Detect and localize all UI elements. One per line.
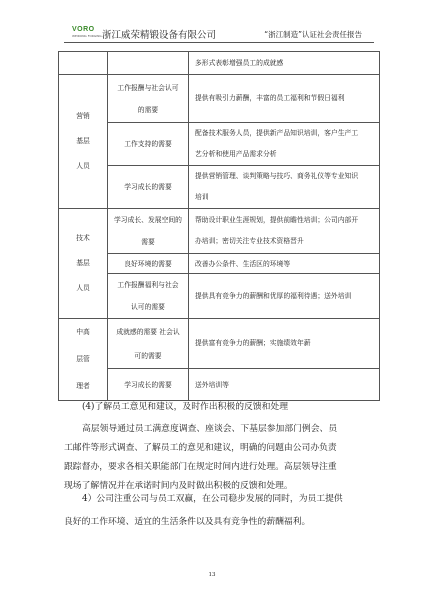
paragraph-feedback: 高层领导通过员工满意度调查、座谈会、下基层参加部门例会、员 工邮件等形式调查、了…: [64, 420, 384, 496]
measure-cell: 改善办公条件、生活区的环境等: [189, 254, 380, 274]
logo-brand: VORO: [72, 26, 95, 33]
need-cell: 工作报酬与社会认可 的需要: [108, 75, 189, 123]
need-cell: [108, 52, 189, 75]
table-row: 中高 层管 理者 成就感的需要 社会认 可的需要 提供富有竞争力的薪酬；实施绩效…: [59, 319, 380, 369]
measure-text: 帮助设计职业生涯规划，提供前瞻性培训；公司内部开: [195, 210, 379, 231]
header-divider: [64, 42, 374, 43]
measure-cell: 多形式表彰增强员工的成就感: [189, 52, 380, 75]
group-label: 基层: [59, 129, 107, 154]
paragraph-line: 工邮件等形式调查、了解员工的意见和建议，明确的问题由公司办负责: [64, 439, 384, 458]
need-text: 工作报酬福利与社会: [108, 274, 188, 296]
group-label: 营销: [59, 104, 107, 129]
table-row: 技术 基层 人员 学习成长、发展空间的 需要 帮助设计职业生涯规划，提供前瞻性培…: [59, 209, 380, 254]
need-text: 成就感的需要 社会认: [108, 320, 188, 344]
group-label: 基层: [59, 251, 107, 276]
measure-text: 培训: [195, 187, 379, 208]
group-cell: [59, 52, 108, 75]
measure-cell: 提供有吸引力薪酬，丰富的员工福利和节假日福利: [189, 75, 380, 123]
paragraph-line: 高层领导通过员工满意度调查、座谈会、下基层参加部门例会、员: [64, 420, 384, 439]
group-label: 理者: [59, 373, 107, 400]
group-label: 中高: [59, 319, 107, 346]
table-row: 良好环境的需要 改善办公条件、生活区的环境等: [59, 254, 380, 274]
measure-cell: 配备技术服务人员，提供新产品知识培训，客户生产工 艺分析和使用产品需求分析: [189, 123, 380, 166]
group-cell-marketing: 营销 基层 人员: [59, 75, 108, 209]
need-text: 的需要: [108, 99, 188, 121]
group-label: 人员: [59, 276, 107, 301]
need-text: 认可的需要: [108, 296, 188, 318]
measure-text: 提供营销管理、谈判策略与技巧、商务礼仪等专业知识: [195, 166, 379, 187]
need-cell: 工作支持的需要: [108, 123, 189, 166]
company-logo: VORO WEIRONG FORGING: [72, 26, 98, 40]
section-heading: (4)了解员工意见和建议，及时作出积极的反馈和处理: [82, 398, 288, 417]
measure-cell: 提供富有竞争力的薪酬；实施绩效年薪: [189, 319, 380, 369]
need-text: 学习成长、发展空间的: [108, 209, 188, 231]
need-cell: 成就感的需要 社会认 可的需要: [108, 319, 189, 369]
paragraph-line: 4）公司注重公司与员工双赢，在公司稳步发展的同时，为员工提供: [64, 488, 394, 511]
page-number: 13: [0, 572, 424, 578]
need-cell: 良好环境的需要: [108, 254, 189, 274]
group-cell-technical: 技术 基层 人员: [59, 209, 108, 319]
logo-subtitle: WEIRONG FORGING: [72, 34, 102, 38]
measure-text: 艺分析和使用产品需求分析: [195, 144, 379, 165]
company-name: 浙江威荣精锻设备有限公司: [102, 27, 216, 41]
need-text: 需要: [108, 231, 188, 253]
table-row: 学习成长的需要 送外培训等: [59, 369, 380, 401]
report-title: “浙江制造”认证社会责任报告: [264, 29, 362, 40]
table-row: 营销 基层 人员 工作报酬与社会认可 的需要 提供有吸引力薪酬，丰富的员工福利和…: [59, 75, 380, 123]
group-cell-management: 中高 层管 理者: [59, 319, 108, 401]
need-text: 可的需要: [108, 344, 188, 368]
need-text: 工作报酬与社会认可: [108, 77, 188, 99]
measure-cell: 帮助设计职业生涯规划，提供前瞻性培训；公司内部开 办培训；密切关注专业技术资格晋…: [189, 209, 380, 254]
table-row: 工作报酬福利与社会 认可的需要 提供具有竞争力的薪酬和优厚的福利待遇；送外培训: [59, 274, 380, 319]
measure-text: 配备技术服务人员，提供新产品知识培训，客户生产工: [195, 123, 379, 144]
measure-cell: 送外培训等: [189, 369, 380, 401]
table-row: 多形式表彰增强员工的成就感: [59, 52, 380, 75]
need-cell: 学习成长的需要: [108, 166, 189, 209]
need-cell: 学习成长、发展空间的 需要: [108, 209, 189, 254]
measure-text: 办培训；密切关注专业技术资格晋升: [195, 231, 379, 252]
paragraph-line: 良好的工作环境、适宜的生活条件以及具有竞争性的薪酬福利。: [64, 511, 394, 534]
measure-cell: 提供营销管理、谈判策略与技巧、商务礼仪等专业知识 培训: [189, 166, 380, 209]
table-row: 工作支持的需要 配备技术服务人员，提供新产品知识培训，客户生产工 艺分析和使用产…: [59, 123, 380, 166]
paragraph-win-win: 4）公司注重公司与员工双赢，在公司稳步发展的同时，为员工提供 良好的工作环境、适…: [64, 488, 394, 534]
table-row: 学习成长的需要 提供营销管理、谈判策略与技巧、商务礼仪等专业知识 培训: [59, 166, 380, 209]
page-header: VORO WEIRONG FORGING 浙江威荣精锻设备有限公司 “浙江制造”…: [64, 26, 374, 42]
need-cell: 工作报酬福利与社会 认可的需要: [108, 274, 189, 319]
group-label: 人员: [59, 154, 107, 179]
paragraph-line: 跟踪督办，要求各相关职能部门在规定时间内进行处理。高层领导注重: [64, 458, 384, 477]
group-label: 层管: [59, 346, 107, 373]
employee-needs-table: 多形式表彰增强员工的成就感 营销 基层 人员 工作报酬与社会认可 的需要 提供有…: [58, 51, 380, 401]
measure-cell: 提供具有竞争力的薪酬和优厚的福利待遇；送外培训: [189, 274, 380, 319]
group-label: 技术: [59, 226, 107, 251]
need-cell: 学习成长的需要: [108, 369, 189, 401]
